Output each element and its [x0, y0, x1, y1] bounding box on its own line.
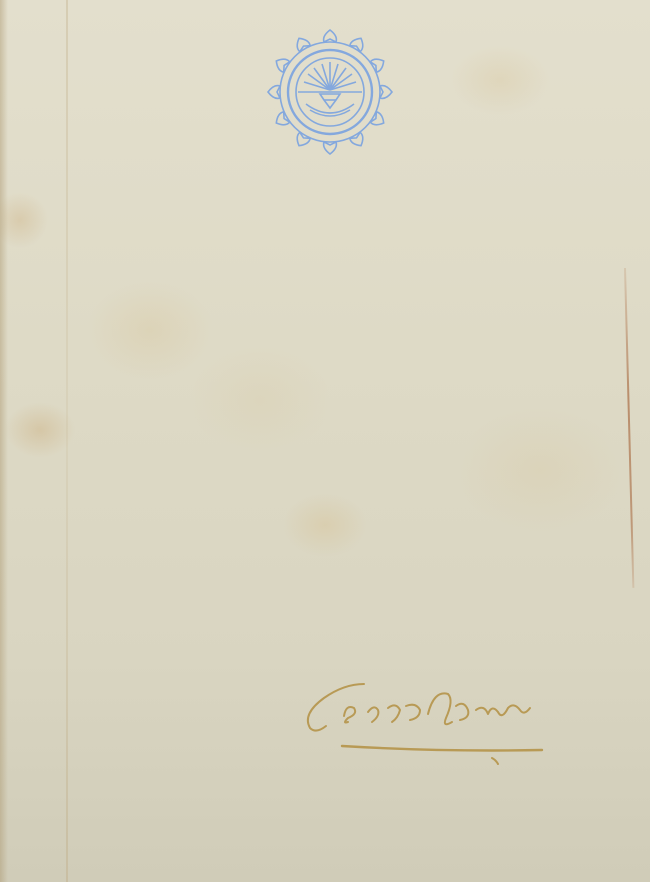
book-cover-page — [0, 0, 650, 882]
spine-fold-line — [66, 0, 68, 882]
page-left-edge — [0, 0, 8, 882]
gold-signature-icon — [296, 676, 556, 772]
blue-lotus-seal-icon — [264, 26, 396, 158]
right-crease-mark — [624, 268, 634, 588]
